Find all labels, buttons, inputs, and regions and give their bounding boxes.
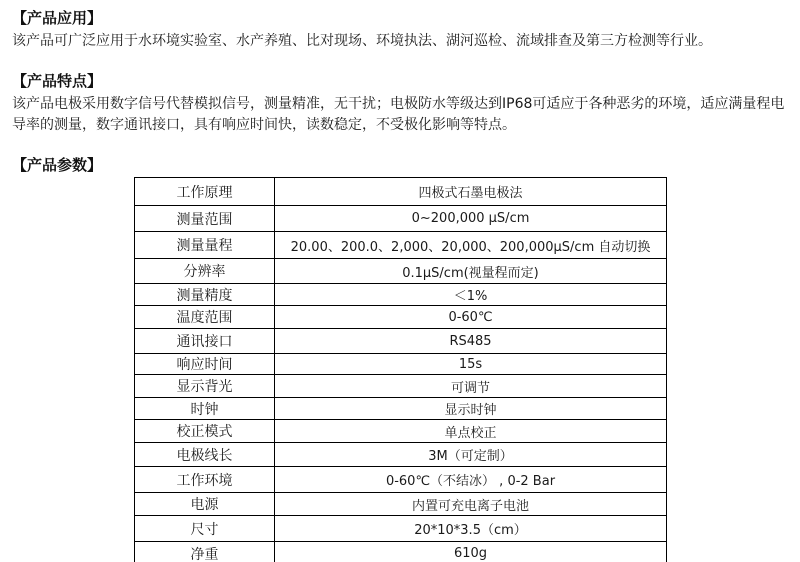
param-value: 20*10*3.5（cm） [275,516,667,542]
table-row: 电极线长3M（可定制） [135,443,667,467]
param-value: 0.1μS/cm(视量程而定) [275,259,667,284]
param-value: 单点校正 [275,420,667,443]
table-row: 响应时间15s [135,354,667,375]
param-label: 工作原理 [135,178,275,206]
param-value: 四极式石墨电极法 [275,178,667,206]
param-label: 通讯接口 [135,329,275,354]
parameters-table-body: 工作原理四极式石墨电极法测量范围0~200,000 μS/cm测量量程20.00… [135,178,667,562]
table-row: 测量范围0~200,000 μS/cm [135,206,667,232]
section-heading-features: 【产品特点】 [12,72,102,90]
param-label: 分辨率 [135,259,275,284]
table-row: 测量精度＜1% [135,284,667,306]
table-row: 校正模式单点校正 [135,420,667,443]
table-row: 时钟显示时钟 [135,398,667,420]
param-value: 0-60℃（不结冰） , 0-2 Bar [275,467,667,493]
param-value: 可调节 [275,375,667,398]
section-heading-parameters: 【产品参数】 [12,156,102,174]
features-line: 导率的测量，数字通讯接口，具有响应时间快，读数稳定，不受极化影响等特点。 [12,115,797,136]
table-row: 电源内置可充电离子电池 [135,493,667,516]
param-value: ＜1% [275,284,667,306]
table-row: 工作环境0-60℃（不结冰） , 0-2 Bar [135,467,667,493]
application-paragraph: 该产品可广泛应用于水环境实验室、水产养殖、比对现场、环境执法、湖河巡检、流域排查… [12,31,797,52]
param-label: 电源 [135,493,275,516]
param-value: 显示时钟 [275,398,667,420]
application-line: 该产品可广泛应用于水环境实验室、水产养殖、比对现场、环境执法、湖河巡检、流域排查… [12,31,797,52]
param-label: 显示背光 [135,375,275,398]
param-label: 测量精度 [135,284,275,306]
param-label: 工作环境 [135,467,275,493]
param-value: 3M（可定制） [275,443,667,467]
table-row: 工作原理四极式石墨电极法 [135,178,667,206]
param-value: 15s [275,354,667,375]
table-row: 尺寸20*10*3.5（cm） [135,516,667,542]
table-row: 分辨率0.1μS/cm(视量程而定) [135,259,667,284]
param-value: 0-60℃ [275,306,667,329]
table-row: 显示背光可调节 [135,375,667,398]
param-label: 尺寸 [135,516,275,542]
param-value: RS485 [275,329,667,354]
param-label: 电极线长 [135,443,275,467]
param-label: 测量量程 [135,232,275,259]
features-paragraph: 该产品电极采用数字信号代替模拟信号，测量精准，无干扰；电极防水等级达到IP68可… [12,94,797,136]
param-value: 610g [275,542,667,562]
param-label: 响应时间 [135,354,275,375]
table-row: 测量量程20.00、200.0、2,000、20,000、200,000μS/c… [135,232,667,259]
param-value: 0~200,000 μS/cm [275,206,667,232]
table-row: 通讯接口RS485 [135,329,667,354]
parameters-table: 工作原理四极式石墨电极法测量范围0~200,000 μS/cm测量量程20.00… [134,177,667,562]
param-label: 校正模式 [135,420,275,443]
param-value: 内置可充电离子电池 [275,493,667,516]
section-heading-application: 【产品应用】 [12,9,102,27]
table-row: 温度范围0-60℃ [135,306,667,329]
features-line: 该产品电极采用数字信号代替模拟信号，测量精准，无干扰；电极防水等级达到IP68可… [12,94,797,115]
param-value: 20.00、200.0、2,000、20,000、200,000μS/cm 自动… [275,232,667,259]
param-label: 净重 [135,542,275,562]
param-label: 测量范围 [135,206,275,232]
param-label: 温度范围 [135,306,275,329]
param-label: 时钟 [135,398,275,420]
table-row: 净重610g [135,542,667,562]
